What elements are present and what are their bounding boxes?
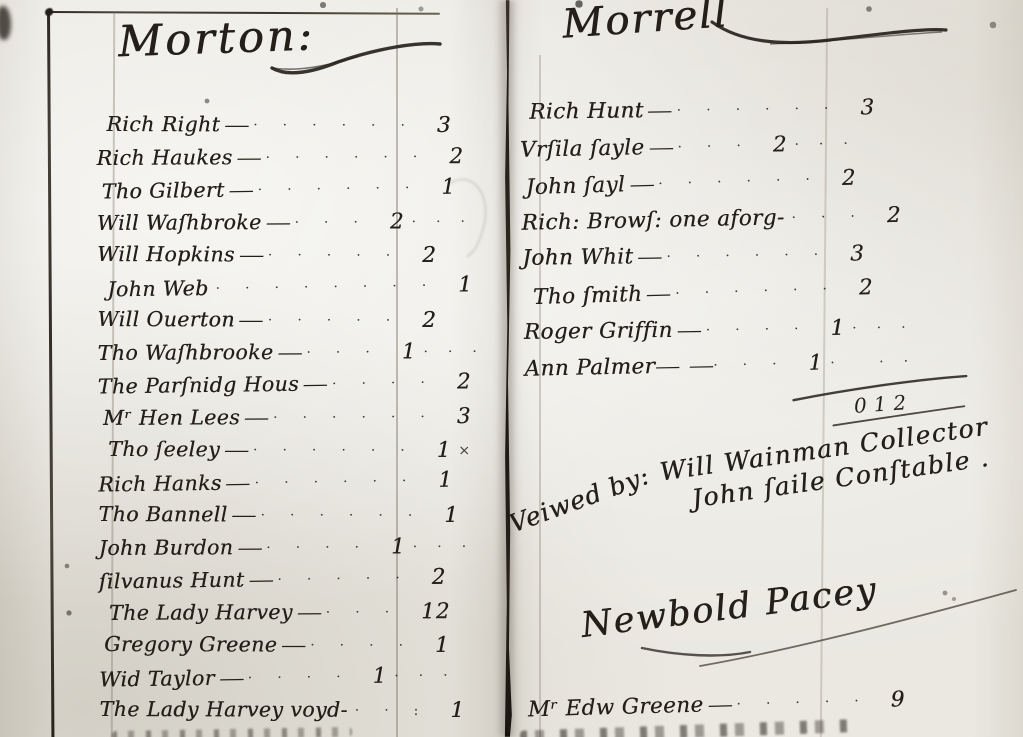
leader-dash: —: [277, 341, 303, 363]
morton-flourish: [268, 36, 443, 78]
leader-dots: ······: [273, 409, 450, 426]
leader-dash: —: [244, 407, 270, 429]
tax-entry-row: Tho Gilbert — ······ 1: [102, 175, 457, 212]
tax-entry-row: ſilvanus Hunt — ····· 2: [99, 564, 459, 602]
left-page-side-border: [47, 10, 54, 737]
householder-name: Mʳ Hen Lees: [103, 405, 240, 430]
morrell-flourish: [710, 12, 950, 52]
manuscript-scan: Morton: Rich Right — ······ 3 Rich Hauke…: [0, 0, 1023, 737]
householder-name: Rich Haukes: [97, 145, 233, 170]
hearth-count: 2: [390, 209, 405, 234]
hearth-count: 3: [457, 403, 472, 428]
householder-name: Roger Griffin: [524, 317, 673, 344]
householder-name: John Burdon: [99, 535, 234, 560]
householder-name: Will Hopkins: [97, 242, 235, 266]
leader-dots: ····: [332, 375, 450, 393]
householder-name: Wid Taylor: [99, 665, 215, 691]
householder-name: Tho Bannell: [98, 502, 227, 526]
newbold-flourish: [640, 582, 1020, 672]
tax-entry-row: Gregory Greene — ···· 1: [104, 632, 459, 665]
leader-dash: —: [224, 439, 250, 461]
leader-dots: ····: [310, 638, 428, 654]
morton-entry-list: Rich Right — ······ 3 Rich Haukes — ····…: [96, 111, 459, 730]
householder-name: The Lady Harvey voyd-: [100, 697, 348, 722]
leader-dash: —: [236, 147, 262, 169]
hearth-count: 2: [859, 275, 874, 300]
leader-dots: ···: [306, 344, 394, 360]
ink-speck: [0, 0, 2, 2]
hearth-count: 2: [449, 144, 464, 169]
hearth-count: 2: [773, 132, 788, 157]
householder-name: Rich Hanks: [98, 470, 222, 496]
hearth-count: 2: [457, 369, 472, 394]
morrell-entry-list: Rich Hunt — ······ 3 Vrſila ſayle — ··· …: [519, 93, 885, 393]
tax-entry-row: Wid Taylor — ···· 1 ···: [99, 662, 459, 700]
hearth-count: 1: [830, 315, 845, 340]
leader-dots: ··:: [355, 703, 444, 719]
householder-name: Mʳ Edw Greene: [528, 693, 704, 723]
leader-dots: ······: [658, 171, 835, 192]
leader-dots: ····: [248, 668, 366, 686]
tax-entry-row: Rich Hanks — ······ 1: [98, 467, 458, 505]
tax-entry-row: Roger Griffin — ···· 1 ···: [524, 315, 884, 356]
leader-dots: ···: [677, 137, 766, 155]
leader-dots: ·····: [277, 570, 424, 588]
tax-entry-row: Will Ouerton — ····· 2: [97, 307, 457, 340]
hearth-count: 2: [422, 308, 437, 333]
leader-dots: ······: [253, 442, 430, 458]
attestation: Veiwed by: Will Wainman Collector John ſ…: [502, 413, 986, 539]
tax-entry-row: Tho Waſhbrooke — ··· 1 ···: [98, 339, 458, 373]
trailing-dots: · ··: [830, 353, 928, 371]
tax-entry-row: Tho ſeeley — ······ 1 ×: [108, 437, 458, 470]
leader-dots: ······: [261, 507, 438, 523]
leader-dash: —: [239, 309, 265, 331]
hearth-count: 1: [441, 175, 456, 200]
leader-dash: —: [676, 319, 702, 341]
leader-dots: ·····: [736, 693, 884, 713]
ink-smudge: [0, 6, 11, 40]
tax-entry-row: John Web ········ 1: [107, 272, 457, 309]
leader-dots: ······: [258, 180, 435, 198]
householder-name: Will Waſhbroke: [97, 210, 262, 235]
trailing-dots: ···: [413, 538, 486, 554]
leader-dash: —: [281, 634, 307, 656]
leader-dots: ···: [791, 208, 880, 226]
leader-dash: —: [218, 667, 244, 689]
tax-entry-row: The Lady Harvey voyd- ··: 1: [99, 697, 459, 730]
tax-entry-row: Rich Haukes — ······ 2: [97, 144, 457, 178]
leader-dash: —: [648, 136, 674, 159]
leader-dash: —: [296, 601, 322, 623]
hearth-count: 1: [437, 438, 452, 463]
householder-name: ſilvanus Hunt: [99, 567, 245, 593]
trailing-dots: ···: [852, 319, 926, 336]
leader-dash: —: [646, 283, 672, 306]
trailing-dots: ···: [794, 135, 868, 153]
leader-dots: ······: [253, 117, 430, 133]
leader-dash: — —: [654, 355, 714, 378]
householder-name: Vrſila ſayle: [520, 135, 645, 163]
hearth-count: 12: [421, 599, 450, 624]
hearth-count: 2: [432, 565, 447, 590]
hearth-count: 1: [372, 663, 387, 688]
leader-dots: ····: [266, 539, 384, 556]
tax-entry-row: Rich Hunt — ······ 3: [529, 95, 879, 136]
householder-name: John Whit: [522, 245, 633, 271]
page-gutter: [502, 0, 514, 737]
hearth-count: 3: [437, 113, 452, 138]
householder-name: Gregory Greene: [104, 632, 277, 656]
householder-name: Tho Waſhbrooke: [98, 340, 274, 365]
leader-dash: —: [228, 179, 254, 201]
hearth-count: 1: [450, 698, 465, 723]
hearth-count: 2: [841, 166, 856, 191]
leader-dots: ········: [216, 277, 452, 296]
leader-dash: —: [231, 504, 257, 526]
tax-entry-row: John Burdon — ···· 1 ···: [99, 534, 459, 568]
leader-dots: ·····: [268, 247, 415, 263]
tax-entry-row: Mʳ Hen Lees — ······ 3: [103, 404, 458, 438]
tax-entry-row: The Parſnidg Hous — ···· 2: [98, 369, 458, 407]
householder-name: Tho ſmith: [533, 282, 643, 310]
householder-name: The Lady Harvey: [109, 599, 293, 624]
leader-dash: —: [237, 537, 263, 559]
tax-entry-row: Tho Bannell — ······ 1: [98, 502, 458, 535]
trailing-dots: ···: [412, 213, 485, 229]
householder-name: John ſayl: [525, 172, 625, 200]
hearth-count: 2: [887, 203, 902, 228]
border-corner: [45, 8, 53, 16]
trailing-dots: ···: [423, 343, 496, 359]
leader-dots: ······: [266, 149, 443, 166]
leader-dots: ···: [326, 604, 414, 620]
hearth-count: 1: [402, 339, 417, 364]
tax-entry-row: Tho ſmith — ······ 2: [533, 275, 884, 322]
leader-dash: —: [265, 211, 291, 233]
householder-name: Rich Right: [106, 112, 220, 136]
tax-entry-row: The Lady Harvey — ··· 12: [109, 599, 459, 633]
tax-entry-row: Will Hopkins — ····· 2: [97, 242, 457, 275]
leader-dots: ······: [666, 247, 843, 265]
householder-name: Rich Hunt: [529, 98, 644, 124]
leader-dash: —: [224, 114, 250, 136]
tax-entry-row: Rich Right — ······ 3: [106, 112, 456, 145]
leader-dots: ····: [706, 320, 824, 338]
leader-dash: —: [629, 174, 655, 197]
trailing-dots: ···: [394, 667, 468, 684]
total-value: 012: [853, 390, 914, 418]
leader-dash: —: [225, 472, 251, 494]
householder-name: John Web: [107, 276, 209, 301]
householder-name: Ann Palmer: [524, 354, 655, 382]
leader-dots: ······: [255, 472, 432, 490]
hearth-count: 1: [391, 534, 406, 559]
householder-name: The Parſnidg Hous: [98, 372, 300, 399]
leader-dash: —: [248, 569, 274, 591]
leader-dots: ···: [713, 356, 802, 374]
householder-name: Tho ſeeley: [108, 437, 220, 461]
leader-dots: ·····: [268, 312, 415, 328]
hearth-count: 1: [438, 467, 453, 492]
hearth-count: 1: [458, 272, 473, 297]
hearth-count: 1: [435, 633, 450, 658]
hearth-count: 2: [422, 243, 437, 268]
right-page-title: Morrell: [561, 0, 730, 48]
leader-dash: —: [239, 244, 265, 266]
attestation-prefix: Veiwed by:: [505, 460, 653, 538]
householder-name: Will Ouerton: [97, 307, 234, 331]
tax-entry-row: Will Waſhbroke — ··· 2 ···: [97, 209, 457, 243]
leader-dash: —: [637, 246, 663, 268]
hearth-count: 1: [444, 503, 459, 528]
leader-dots: ······: [675, 281, 852, 302]
trailing-dots: ×: [458, 443, 490, 459]
hearth-count: 3: [860, 95, 875, 120]
hearth-count: 1: [808, 351, 823, 376]
leader-dash: —: [303, 373, 329, 395]
hearth-count: 9: [890, 687, 905, 712]
householder-name: Tho Gilbert: [102, 178, 225, 204]
leader-dots: ···: [295, 214, 383, 230]
leader-dots: ······: [677, 100, 854, 118]
hearth-count: 3: [850, 242, 865, 267]
leader-dash: —: [707, 694, 733, 717]
leader-dash: —: [647, 100, 673, 122]
